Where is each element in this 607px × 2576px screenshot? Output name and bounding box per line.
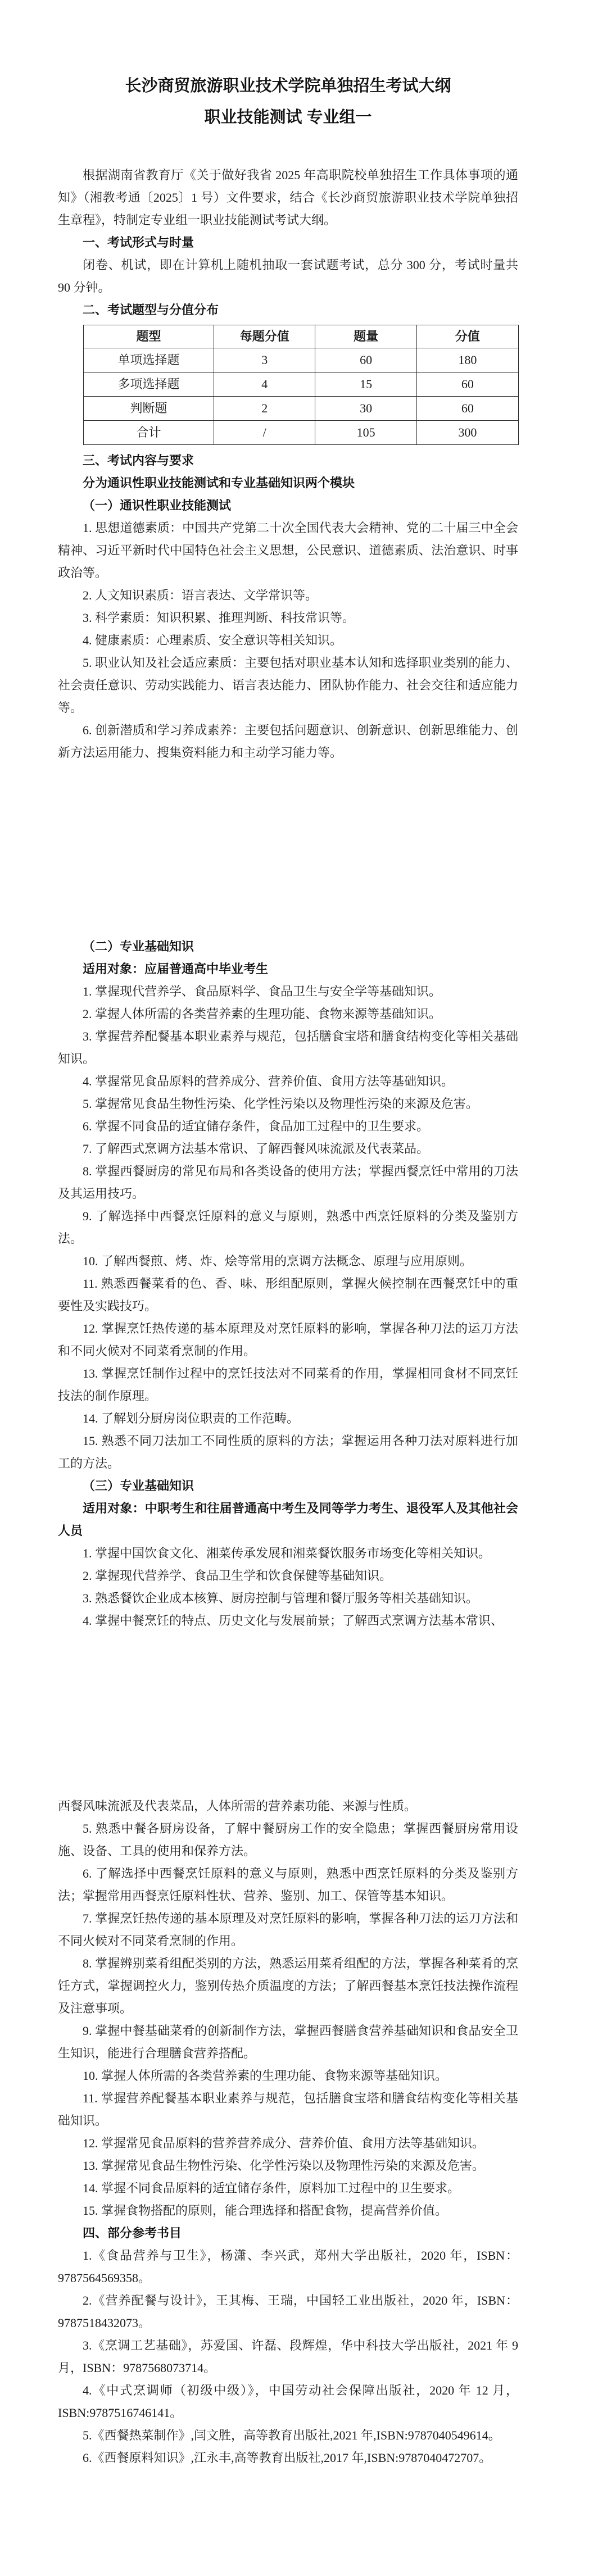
paragraph: 13. 掌握烹饪制作过程中的烹饪技法对不同菜肴的作用，掌握相同食材不同烹饪技法的… <box>58 1362 518 1407</box>
score-table-cell: 180 <box>416 348 518 372</box>
paragraph: 14. 掌握不同食品原料的适宜储存条件，原料加工过程中的卫生要求。 <box>58 2177 518 2200</box>
paragraph: 12. 掌握常见食品原料的营养营养成分、营养价值、食用方法等基础知识。 <box>58 2132 518 2155</box>
score-table-cell: 60 <box>416 372 518 397</box>
paragraph: 3. 熟悉餐饮企业成本核算、厨房控制与管理和餐厅服务等相关基础知识。 <box>58 1587 518 1610</box>
score-table-header-cell: 每题分值 <box>214 325 315 348</box>
score-table-cell: 105 <box>315 421 416 445</box>
score-table-cell: 300 <box>416 421 518 445</box>
score-table-cell: 60 <box>416 397 518 421</box>
paragraph: 15. 熟悉不同刀法加工不同性质的原料的方法；掌握运用各种刀法对原料进行加工的方… <box>58 1430 518 1475</box>
score-table-cell: 判断题 <box>84 397 214 421</box>
score-table-cell: 合计 <box>84 421 214 445</box>
score-table-cell: 30 <box>315 397 416 421</box>
document-title: 长沙商贸旅游职业技术学院单独招生考试大纲 职业技能测试 专业组一 <box>58 70 518 133</box>
score-table-row: 单项选择题360180 <box>84 348 519 372</box>
score-table-row: 合计/105300 <box>84 421 519 445</box>
paragraph: 1. 掌握中国饮食文化、湘菜传承发展和湘菜餐饮服务市场变化等相关知识。 <box>58 1542 518 1565</box>
paragraph: 12. 掌握烹饪热传递的基本原理及对烹饪原料的影响，掌握各种刀法的运刀方法和不同… <box>58 1317 518 1362</box>
paragraph: 4. 掌握中餐烹饪的特点、历史文化与发展前景；了解西式烹调方法基本常识、 <box>58 1610 518 1632</box>
score-table-header-cell: 分值 <box>416 325 518 348</box>
paragraph: 2. 掌握人体所需的各类营养素的生理功能、食物来源等基础知识。 <box>58 1003 518 1025</box>
paragraph-continuation: 西餐风味流派及代表菜品，人体所需的营养素功能、来源与性质。 <box>58 1795 518 1818</box>
paragraph: 1. 掌握现代营养学、食品原料学、食品卫生与安全学等基础知识。 <box>58 980 518 1003</box>
subsection-heading: （一）通识性职业技能测试 <box>58 494 518 517</box>
paragraph: 11. 掌握营养配餐基本职业素养与规范，包括膳食宝塔和膳食结构变化等相关基础知识… <box>58 2087 518 2132</box>
paragraph: 10. 掌握人体所需的各类营养素的生理功能、食物来源等基础知识。 <box>58 2065 518 2087</box>
paragraph: 3. 科学素质：知识积累、推理判断、科技常识等。 <box>58 607 518 629</box>
score-table-header-cell: 题量 <box>315 325 416 348</box>
score-table-row: 多项选择题41560 <box>84 372 519 397</box>
subsection-heading: 适用对象：应届普通高中毕业考生 <box>58 958 518 980</box>
paragraph: 5. 掌握常见食品生物性污染、化学性污染以及物理性污染的来源及危害。 <box>58 1093 518 1115</box>
subsection-heading: （三）专业基础知识 <box>58 1475 518 1497</box>
document-page: 长沙商贸旅游职业技术学院单独招生考试大纲 职业技能测试 专业组一 根据湖南省教育… <box>0 0 607 2576</box>
section-heading: 三、考试内容与要求 <box>58 449 518 472</box>
paragraph: 4.《中式烹调师（初级中级）》，中国劳动社会保障出版社，2020 年 12 月，… <box>58 2379 518 2424</box>
paragraph: 7. 掌握烹饪热传递的基本原理及对烹饪原料的影响，掌握各种刀法的运刀方法和不同火… <box>58 1907 518 1952</box>
paragraph: 7. 了解西式烹调方法基本常识、了解西餐风味流派及代表菜品。 <box>58 1138 518 1160</box>
score-table-row: 判断题23060 <box>84 397 519 421</box>
score-table-cell: 15 <box>315 372 416 397</box>
paragraph: 11. 熟悉西餐菜肴的色、香、味、形组配原则，掌握火候控制在西餐烹饪中的重要性及… <box>58 1273 518 1317</box>
paragraph: 4. 掌握常见食品原料的营养成分、营养价值、食用方法等基础知识。 <box>58 1070 518 1093</box>
score-table-cell: 单项选择题 <box>84 348 214 372</box>
paragraph: 8. 掌握辨别菜肴组配类别的方法，熟悉运用菜肴组配的方法，掌握各种菜肴的烹饪方式… <box>58 1952 518 2020</box>
paragraph: 13. 掌握常见食品生物性污染、化学性污染以及物理性污染的来源及危害。 <box>58 2155 518 2177</box>
score-table-cell: 多项选择题 <box>84 372 214 397</box>
section-heading: 二、考试题型与分值分布 <box>58 299 518 321</box>
paragraph: 2. 掌握现代营养学、食品卫生学和饮食保健等基础知识。 <box>58 1565 518 1587</box>
paragraph: 1. 思想道德素质：中国共产党第二十次全国代表大会精神、党的二十届三中全会精神、… <box>58 517 518 584</box>
page-break-gap <box>58 1632 518 1795</box>
score-table-cell: 2 <box>214 397 315 421</box>
document-title-line2: 职业技能测试 专业组一 <box>58 102 518 133</box>
subsection-heading: 适用对象：中职考生和往届普通高中考生及同等学力考生、退役军人及其他社会人员 <box>58 1497 518 1542</box>
score-table-cell: 3 <box>214 348 315 372</box>
section-heading: 四、部分参考书目 <box>58 2222 518 2245</box>
paragraph: 3.《烹调工艺基础》，苏爱国、许磊、段辉煌，华中科技大学出版社，2021 年 9… <box>58 2334 518 2379</box>
paragraph: 2.《营养配餐与设计》，王其梅、王瑞，中国轻工业出版社，2020 年，ISBN：… <box>58 2289 518 2334</box>
paragraph: 5. 职业认知及社会适应素质：主要包括对职业基本认知和选择职业类别的能力、社会责… <box>58 652 518 719</box>
document-title-line1: 长沙商贸旅游职业技术学院单独招生考试大纲 <box>58 70 518 102</box>
document-body: 根据湖南省教育厅《关于做好我省 2025 年高职院校单独招生工作具体事项的通知》… <box>58 164 518 2469</box>
section-heading: 一、考试形式与时量 <box>58 231 518 254</box>
paragraph: 2. 人文知识素质：语言表达、文学常识等。 <box>58 584 518 607</box>
score-table-header-cell: 题型 <box>84 325 214 348</box>
score-table: 题型每题分值题量分值单项选择题360180多项选择题41560判断题23060合… <box>83 325 519 445</box>
paragraph: 6. 创新潜质和学习养成素养：主要包括问题意识、创新意识、创新思维能力、创新方法… <box>58 719 518 764</box>
paragraph: 6. 掌握不同食品的适宜储存条件，食品加工过程中的卫生要求。 <box>58 1115 518 1138</box>
paragraph: 10. 了解西餐煎、烤、炸、烩等常用的烹调方法概念、原理与应用原则。 <box>58 1250 518 1273</box>
paragraph: 3. 掌握营养配餐基本职业素养与规范，包括膳食宝塔和膳食结构变化等相关基础知识。 <box>58 1025 518 1070</box>
score-table-cell: / <box>214 421 315 445</box>
paragraph: 闭卷、机试，即在计算机上随机抽取一套试题考试，总分 300 分，考试时量共 90… <box>58 254 518 299</box>
score-table-cell: 4 <box>214 372 315 397</box>
paragraph: 8. 掌握西餐厨房的常见布局和各类设备的使用方法；掌握西餐烹饪中常用的刀法及其运… <box>58 1160 518 1205</box>
paragraph: 14. 了解划分厨房岗位职责的工作范畴。 <box>58 1407 518 1430</box>
paragraph: 9. 掌握中餐基础菜肴的创新制作方法，掌握西餐膳食营养基础知识和食品安全卫生知识… <box>58 2020 518 2065</box>
paragraph: 6.《西餐原料知识》,江永丰,高等教育出版社,2017 年,ISBN:97870… <box>58 2447 518 2469</box>
page-break-gap <box>58 764 518 935</box>
paragraph: 4. 健康素质：心理素质、安全意识等相关知识。 <box>58 629 518 652</box>
paragraph: 1.《食品营养与卫生》，杨潇、李兴武，郑州大学出版社，2020 年，ISBN：9… <box>58 2245 518 2289</box>
paragraph: 5.《西餐热菜制作》,闫文胜，高等教育出版社,2021 年,ISBN:97870… <box>58 2424 518 2447</box>
paragraph: 9. 了解选择中西餐烹饪原料的意义与原则，熟悉中西烹饪原料的分类及鉴别方法。 <box>58 1205 518 1250</box>
paragraph: 6. 了解选择中西餐烹饪原料的意义与原则，熟悉中西烹饪原料的分类及鉴别方法；掌握… <box>58 1862 518 1907</box>
paragraph: 5. 熟悉中餐各厨房设备，了解中餐厨房工作的安全隐患；掌握西餐厨房常用设施、设备… <box>58 1818 518 1862</box>
subsection-heading: （二）专业基础知识 <box>58 935 518 958</box>
paragraph: 根据湖南省教育厅《关于做好我省 2025 年高职院校单独招生工作具体事项的通知》… <box>58 164 518 231</box>
score-table-cell: 60 <box>315 348 416 372</box>
subsection-heading: 分为通识性职业技能测试和专业基础知识两个模块 <box>58 472 518 494</box>
paragraph: 15. 掌握食物搭配的原则，能合理选择和搭配食物，提高营养价值。 <box>58 2200 518 2222</box>
